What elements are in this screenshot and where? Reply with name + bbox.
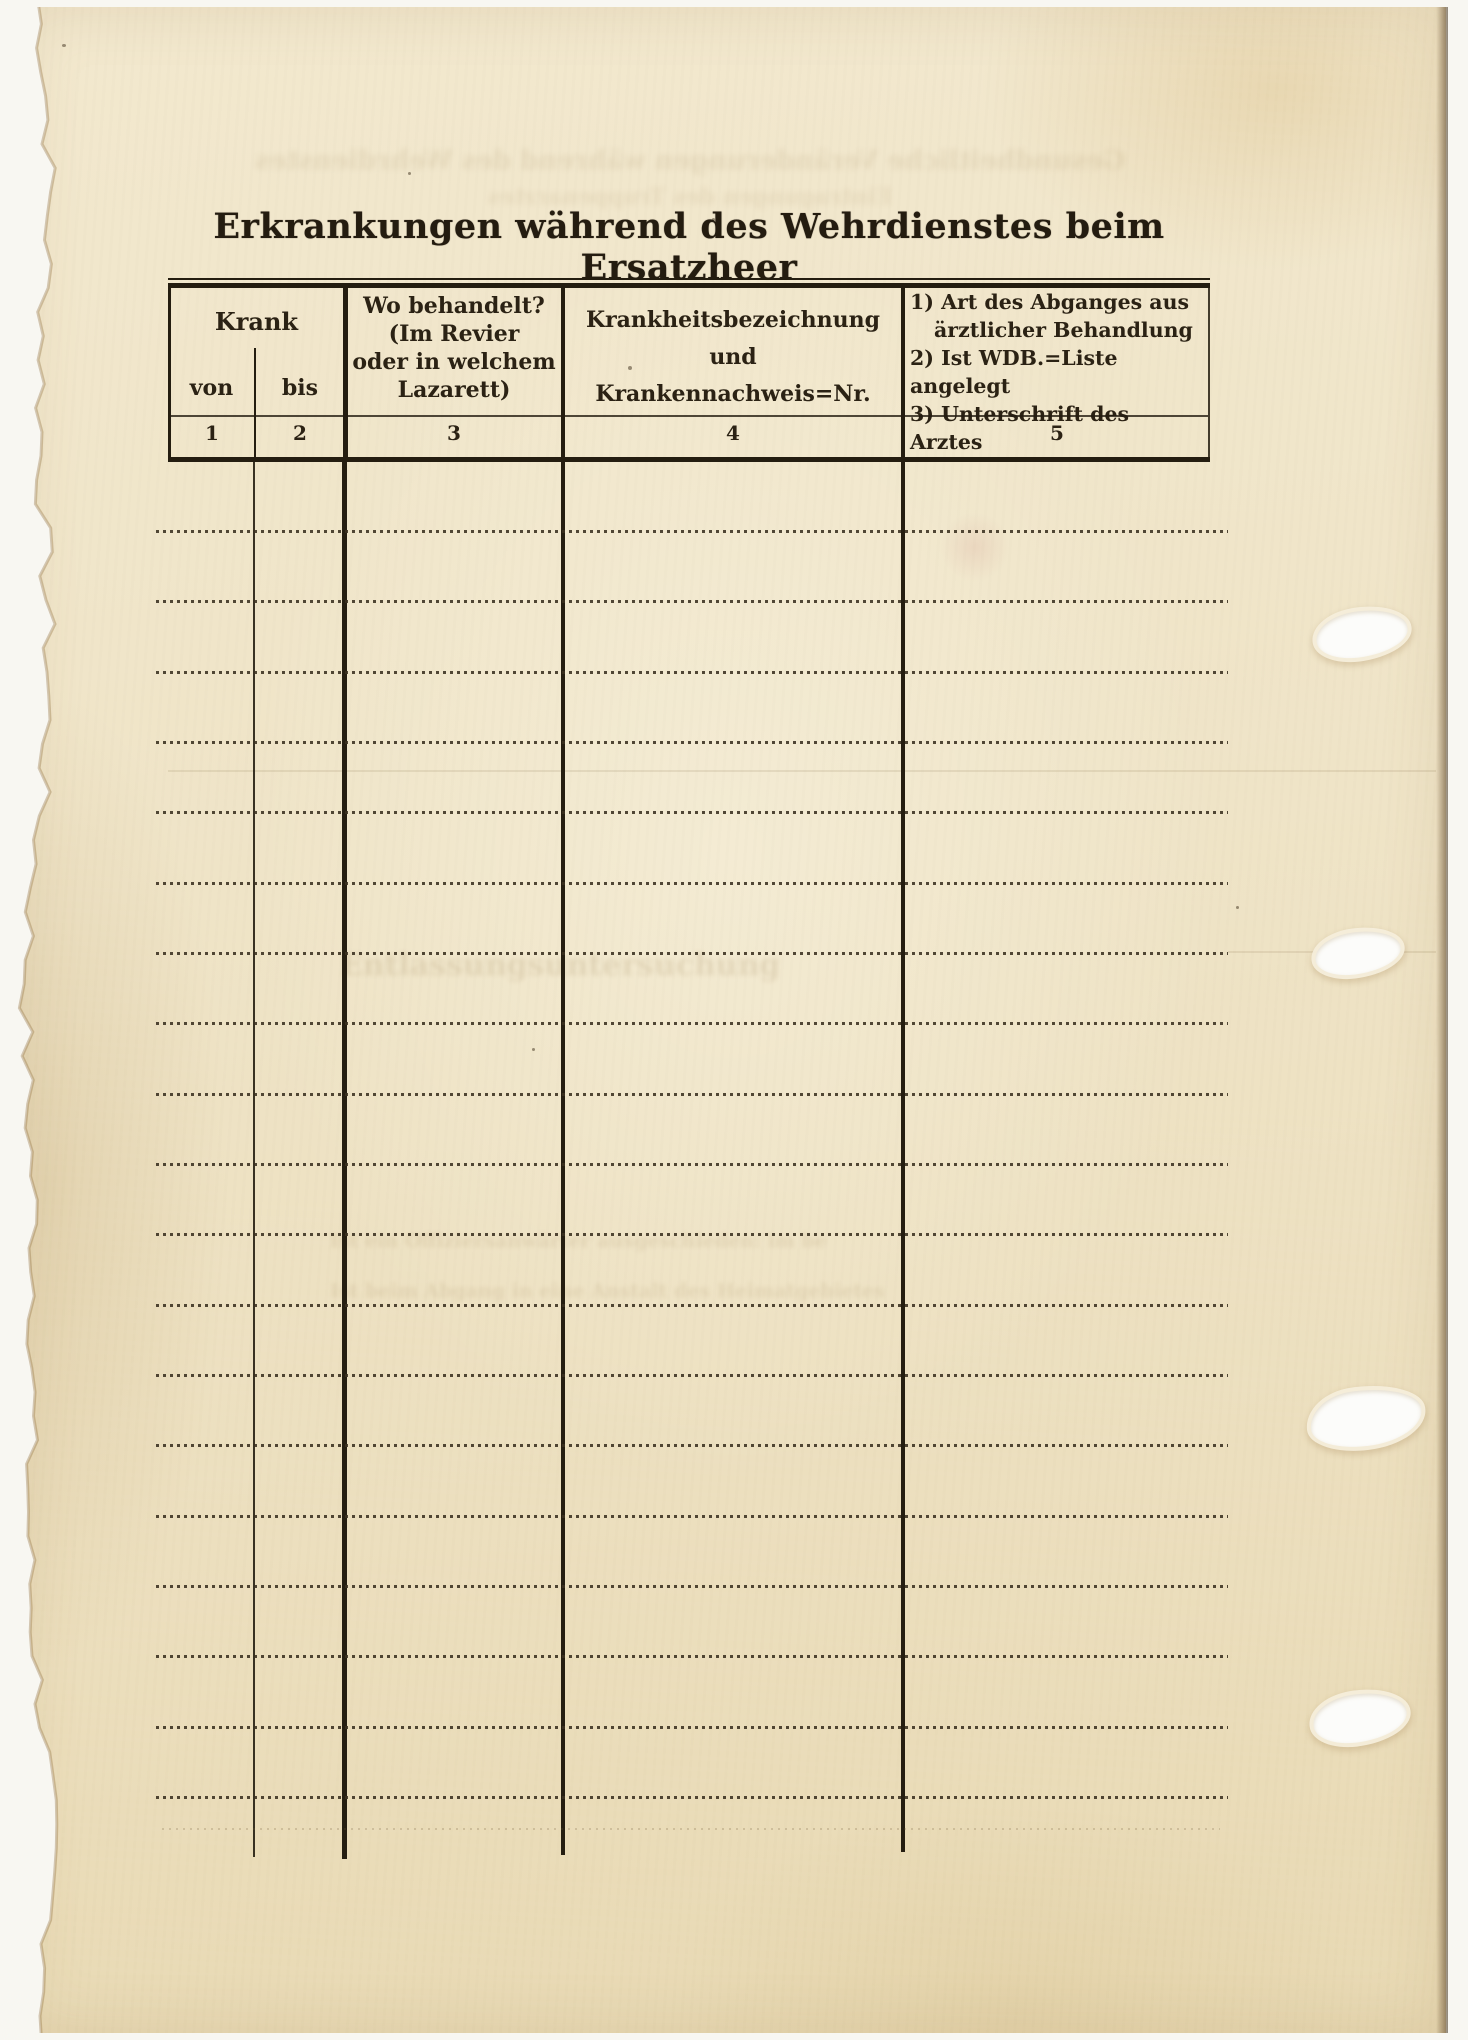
col-header-von: von	[168, 374, 255, 402]
entry-row-line	[156, 530, 1228, 533]
col-header-bis: bis	[255, 374, 345, 402]
table-top-rule-thin	[168, 278, 1210, 280]
scanned-document: Gesundheitliche Veränderungen während de…	[0, 0, 1468, 2040]
entry-row-line	[156, 1022, 1228, 1025]
entry-row-line	[156, 1726, 1228, 1729]
col-header-krankheitsbezeichnung: Krankheitsbezeichnung und Krankennachwei…	[565, 302, 901, 413]
entry-row-line	[156, 1585, 1228, 1588]
column-number-2: 2	[260, 421, 340, 445]
entry-row-line	[156, 1515, 1228, 1518]
column-number-3: 3	[414, 421, 494, 445]
entry-row-line	[156, 882, 1228, 885]
col3-line4: Lazarett)	[398, 377, 511, 403]
entry-row-line	[156, 1444, 1228, 1447]
col5-item2: 2) Ist WDB.=Liste angelegt	[910, 346, 1118, 398]
entry-row-line	[156, 600, 1228, 603]
column-number-1: 1	[172, 421, 252, 445]
entry-row-line	[156, 1655, 1228, 1658]
entry-row-line	[156, 1304, 1228, 1307]
entry-row-line	[156, 741, 1228, 744]
col5-item1b: ärztlicher Behandlung	[910, 316, 1206, 344]
number-row-separator	[170, 415, 1208, 417]
page-edge-shadow	[1436, 4, 1448, 2036]
header-divider-von-bis	[254, 348, 256, 457]
entry-row-line	[156, 1093, 1228, 1096]
header-divider-col4-col5	[901, 288, 905, 457]
bleedthrough-row-line	[162, 1828, 1220, 1830]
entry-row-line	[156, 1233, 1228, 1236]
entry-row-line	[156, 671, 1228, 674]
entry-row-line	[156, 952, 1228, 955]
torn-paper-edge	[0, 0, 80, 2040]
column-number-5: 5	[1017, 421, 1097, 445]
paper-crease	[168, 770, 1436, 772]
header-bottom-rule	[168, 457, 1210, 462]
ink-speck	[532, 1048, 535, 1051]
column-number-4: 4	[693, 421, 773, 445]
col4-line1: Krankheitsbezeichnung	[586, 307, 880, 333]
col-header-krank: Krank	[168, 308, 345, 336]
col4-line3: Krankennachweis=Nr.	[595, 381, 870, 407]
header-right-border	[1208, 286, 1210, 462]
col-header-wo-behandelt: Wo behandelt? (Im Revier oder in welchem…	[347, 292, 561, 404]
scan-background	[1448, 0, 1468, 2040]
ink-speck	[408, 172, 411, 175]
col5-item1a: 1) Art des Abganges aus	[910, 290, 1189, 314]
ink-speck	[1236, 906, 1239, 909]
col3-line1: Wo behandelt?	[363, 293, 545, 319]
col3-line2: (Im Revier	[389, 321, 520, 347]
page-title: Erkrankungen während des Wehrdienstes be…	[150, 206, 1228, 288]
scan-background	[0, 2033, 1468, 2040]
entry-row-line	[156, 1796, 1228, 1799]
table-header: Krank von bis Wo behandelt? (Im Revier o…	[168, 278, 1210, 462]
entry-row-line	[156, 1163, 1228, 1166]
col3-line3: oder in welchem	[352, 349, 555, 375]
paper-stain	[940, 512, 1010, 582]
col4-line2: und	[709, 344, 756, 370]
entry-row-line	[156, 811, 1228, 814]
entry-row-line	[156, 1374, 1228, 1377]
scan-background	[0, 0, 1468, 7]
